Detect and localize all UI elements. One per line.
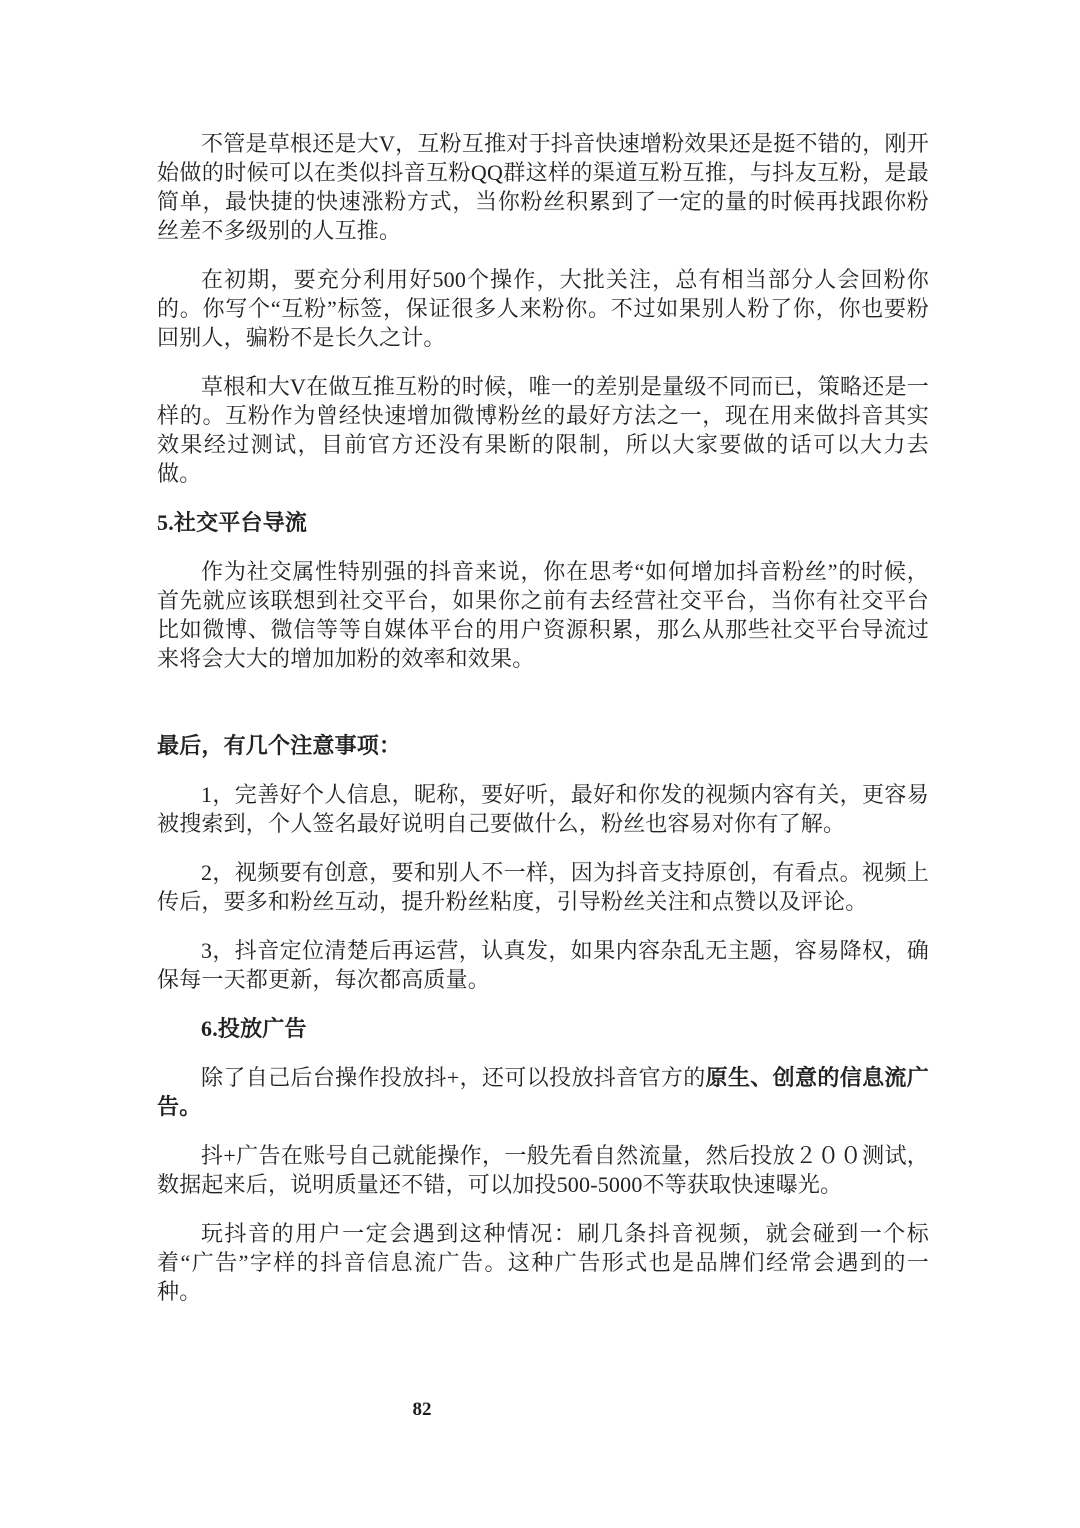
paragraph-feed-ad: 玩抖音的用户一定会遇到这种情况：刷几条抖音视频，就会碰到一个标着“广告”字样的抖… [157, 1219, 929, 1306]
paragraph-social-platform: 作为社交属性特别强的抖音来说，你在思考“如何增加抖音粉丝”的时候，首先就应该联想… [157, 557, 929, 673]
page-number: 82 [392, 1399, 452, 1421]
document-page: 不管是草根还是大V，互粉互推对于抖音快速增粉效果还是挺不错的，刚开始做的时候可以… [157, 0, 929, 1326]
note-item-2: 2，视频要有创意，要和别人不一样，因为抖音支持原创，有看点。视频上传后，要多和粉… [157, 858, 929, 916]
paragraph-ads-intro: 除了自己后台操作投放抖+，还可以投放抖音官方的原生、创意的信息流广告。 [157, 1063, 929, 1121]
heading-social-platform-diversion: 5.社交平台导流 [157, 508, 929, 537]
paragraph-early-stage: 在初期，要充分利用好500个操作，大批关注，总有相当部分人会回粉你的。你写个“互… [157, 265, 929, 352]
paragraph-grassroots-vs-bigv: 草根和大V在做互推互粉的时候，唯一的差别是量级不同而已，策略还是一样的。互粉作为… [157, 372, 929, 488]
paragraph-ads-intro-regular-text: 除了自己后台操作投放抖+，还可以投放抖音官方的 [201, 1065, 706, 1090]
paragraph-mutual-follow: 不管是草根还是大V，互粉互推对于抖音快速增粉效果还是挺不错的，刚开始做的时候可以… [157, 129, 929, 245]
note-item-3: 3，抖音定位清楚后再运营，认真发，如果内容杂乱无主题，容易降权，确保每一天都更新… [157, 936, 929, 994]
heading-final-notes: 最后，有几个注意事项： [157, 731, 929, 760]
paragraph-dou-plus: 抖+广告在账号自己就能操作，一般先看自然流量，然后投放２００测试，数据起来后，说… [157, 1141, 929, 1199]
note-item-1: 1，完善好个人信息，昵称，要好听，最好和你发的视频内容有关，更容易被搜索到，个人… [157, 780, 929, 838]
heading-place-ads: 6.投放广告 [157, 1014, 929, 1043]
